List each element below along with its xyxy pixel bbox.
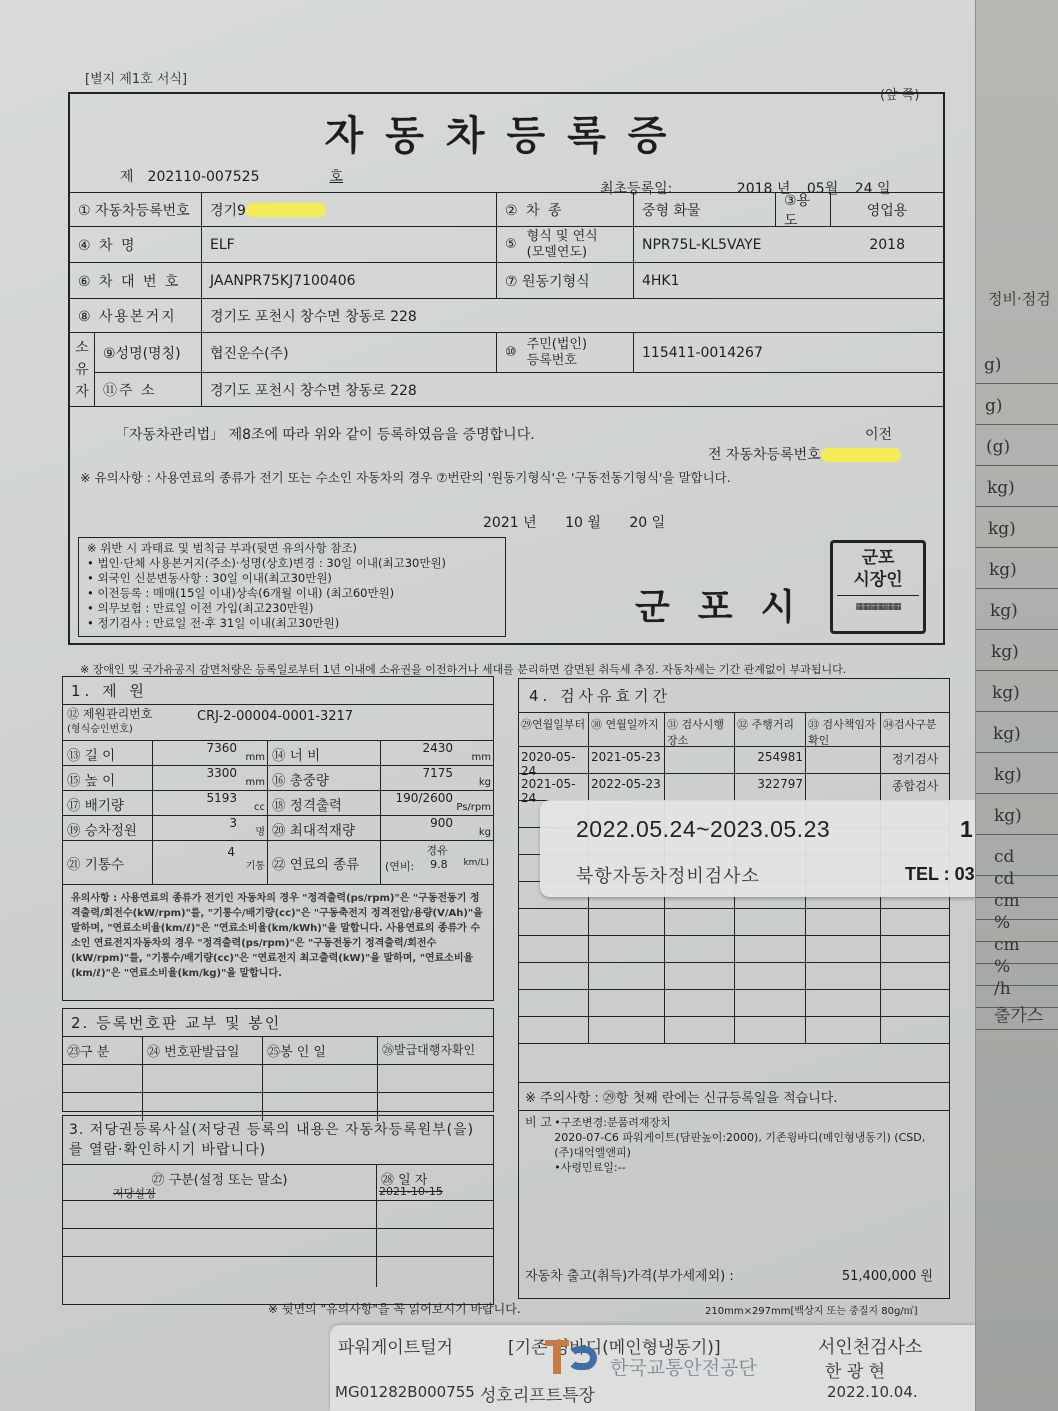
back-unit-label: % (994, 957, 1010, 977)
specs-caution: 유의사항 : 사용연료의 종류가 전기인 자동차의 경우 "정격출력(ps/rp… (63, 885, 493, 987)
back-unit-label: kg) (988, 519, 1016, 539)
back-unit-label: g) (985, 396, 1003, 416)
main-registration-box: 자동차등록증 제202110-007525호 최초등록일: 2018 년 05월… (68, 92, 945, 645)
mortgage-entry-date: 2021-10-15 (379, 1185, 443, 1198)
back-unit-label: kg) (991, 642, 1019, 662)
owner-id-value: 115411-0014267 (634, 333, 943, 372)
document-number: 제202110-007525호 (120, 166, 343, 186)
spec-row: ⑲ 승차정원3명⑳ 최대적재량900kg (63, 816, 493, 841)
inspection-row (519, 909, 949, 936)
inspection-row (519, 1017, 949, 1044)
back-unit-label: kg) (989, 560, 1017, 580)
mortgage-header-date: ㉘ 일 자2021-10-15 (377, 1165, 493, 1200)
certification-statement: 「자동차관리법」 제8조에 따라 위와 같이 등록하였음을 증명합니다. (115, 424, 535, 444)
inspection-caution: ※ 주의사항 : ㉙항 첫째 란에는 신규등록일을 적습니다. (519, 1083, 949, 1111)
inspection-row: 2021-05-242022-05-23322797종합검사 (519, 774, 949, 801)
inspection-remarks-section: ※ 주의사항 : ㉙항 첫째 란에는 신규등록일을 적습니다. 비 고 •구조변… (518, 1083, 950, 1299)
sticker-tel: TEL : 03 (905, 864, 975, 885)
penalty-notice: ※ 위반 시 과태료 및 범칙금 부과(뒷면 유의사항 참조) • 법인·단체 … (78, 537, 506, 637)
back-unit-label: cm (994, 935, 1020, 955)
paper-spec: 210mm×297mm[백상지 또는 중질지 80g/㎡] (705, 1302, 918, 1317)
owner-addr-value: 경기도 포천시 창수면 창동로 228 (202, 373, 943, 406)
spec-row: ⑰ 배기량5193cc⑱ 정격출력190/2600Ps/rpm (63, 791, 493, 816)
vehicle-info-grid: ① 자동차등록번호 경기9 ② 차 종 중형 화물 ③용도 영업용 ④ 차 명 … (70, 192, 943, 407)
redaction-mark (246, 203, 326, 217)
transfer-mark: 이전 (865, 424, 892, 444)
registration-certificate: [별지 제1호 서식] (앞 쪽) 자동차등록증 제202110-007525호… (0, 0, 985, 1411)
back-unit-label: kg) (993, 724, 1021, 744)
change-code: MG01282B000755 (335, 1383, 475, 1401)
factory-price: 자동차 출고(취득)가격(부가세제외) : 51,400,000 원 (525, 1265, 933, 1284)
inspection-title: 4. 검사유효기간 (519, 679, 949, 713)
inspection-center: 서인천검사소 (818, 1333, 922, 1359)
inspection-row (519, 936, 949, 963)
back-unit-label: kg) (992, 683, 1020, 703)
mortgage-entry-type: 저당설정 (113, 1185, 156, 1201)
vehicle-type-value: 중형 화물 (634, 193, 776, 226)
back-unit-label: cd (994, 869, 1014, 889)
inspection-sticker: 2022.05.24~2023.05.23 1 북항자동차정비검사소 TEL :… (540, 800, 985, 897)
engine-label: ⑦ 원동기형식 (497, 263, 634, 298)
type-year-label: ⑤형식 및 연식(모델연도) (497, 227, 634, 262)
issue-date: 2021 년 10 월 20 일 (483, 512, 665, 532)
form-id: [별지 제1호 서식] (85, 68, 187, 87)
specs-section: 1. 제 원 ⑫ 제원관리번호(형식승인번호) CRJ-2-00004-0001… (62, 676, 494, 1001)
fuel-caution: ※ 유의사항 : 사용연료의 종류가 전기 또는 수소인 자동차의 경우 ⑦번란… (80, 468, 731, 486)
structure-change-sticker: 파워게이트털거 [기존 윙바디(메인형냉동기)] 한국교통안전공단 서인천검사소… (330, 1325, 985, 1411)
plates-header: ㉓구 분 (63, 1037, 143, 1064)
back-unit-label: kg) (987, 478, 1015, 498)
back-unit-label: kg) (990, 601, 1018, 621)
back-unit-label: kg) (994, 806, 1022, 826)
usage-label: ③용도 (776, 193, 831, 226)
inspection-row (519, 963, 949, 990)
spec-row: ⑮ 높 이3300mm⑯ 총중량7175kg (63, 766, 493, 791)
remarks: 비 고 •구조변경:분품려재장치 2020-07-C6 파워게이트(담판높이:2… (519, 1111, 949, 1179)
back-unit-label: g) (984, 355, 1002, 375)
plates-header: ㉔ 번호판발급일 (143, 1037, 263, 1064)
back-unit-label: % (994, 913, 1010, 933)
fuel-label: ㉒ 연료의 종류 (268, 841, 381, 884)
usage-value: 영업용 (831, 193, 943, 226)
owner-addr-label: ⑪주 소 (95, 373, 202, 406)
sticker-period: 2022.05.24~2023.05.23 (576, 816, 830, 843)
change-item: 파워게이트털거 (338, 1333, 453, 1358)
vin-label: ⑥ 차 대 번 호 (70, 263, 202, 298)
agency-name: 한국교통안전공단 (610, 1353, 757, 1380)
inspector-name: 한 광 현 (825, 1357, 885, 1382)
redaction-mark (821, 448, 901, 462)
owner-group-label: 소유자 (70, 333, 95, 406)
inspection-header: ㉙연월일부터 ㉚ 연월일까지 ㉛ 검사시행장소 ㉜ 주행거리 ㉝ 검사책임자확인… (519, 713, 949, 747)
vin-value: JAANPR75KJ7100406 (202, 263, 497, 298)
reg-no-value: 경기9 (202, 193, 497, 226)
owner-name-value: 협진운수(주) (202, 333, 497, 372)
reg-no-label: ① 자동차등록번호 (70, 193, 202, 226)
mortgage-header-type: ㉗ 구분(설정 또는 말소)저당설정 (63, 1165, 377, 1200)
issuing-authority: 군포시 (635, 579, 823, 630)
base-label: ⑧ 사용본거지 (70, 299, 202, 332)
back-unit-label: cm (994, 891, 1020, 911)
specs-title: 1. 제 원 (63, 677, 493, 705)
back-unit-label: 출가스 (994, 1001, 1043, 1026)
spec-row: ⑬ 길 이7360mm⑭ 너 비2430mm (63, 741, 493, 766)
base-value: 경기도 포천시 창수면 창동로 228 (202, 299, 943, 332)
engine-value: 4HK1 (634, 263, 943, 298)
previous-reg-number: 전 자동차등록번호 (708, 444, 901, 464)
model-name-label: ④ 차 명 (70, 227, 202, 262)
cylinders-label: ㉑ 기통수 (63, 841, 153, 884)
plates-title: 2. 등록번호판 교부 및 봉인 (63, 1009, 493, 1037)
mgmt-no-label: ⑫ 제원관리번호(형식승인번호) (63, 705, 193, 740)
owner-id-label: ⑩주민(법인)등록번호 (497, 333, 634, 372)
inspection-row: 2020-05-242021-05-23254981정기검사 (519, 747, 949, 774)
mortgage-title: 3. 저당권등록사실(저당권 등록의 내용은 자동차등록원부(을)를 열람·확인… (63, 1116, 493, 1165)
document-title: 자동차등록증 (70, 104, 943, 161)
plates-header: ㉖발급대행자확인 (378, 1037, 493, 1064)
owner-name-label: ⑨성명(명칭) (95, 333, 202, 372)
plates-section: 2. 등록번호판 교부 및 봉인 ㉓구 분 ㉔ 번호판발급일 ㉕봉 인 일 ㉖발… (62, 1008, 494, 1112)
back-unit-label: kg) (994, 765, 1022, 785)
underlying-page: 정비·점검 g)g)(g)kg)kg)kg)kg)kg)kg)kg)kg)kg)… (975, 0, 1058, 1411)
mortgage-section: 3. 저당권등록사실(저당권 등록의 내용은 자동차등록원부(을)를 열람·확인… (62, 1115, 494, 1305)
model-name-value: ELF (202, 227, 497, 262)
cylinders-value: 4기통 (153, 841, 268, 884)
type-year-value: NPR75L-KL5VAYE2018 (634, 227, 943, 262)
footer-note: ※ 뒷면의 "유의사항"을 꼭 읽어보시기 바랍니다. (268, 1300, 521, 1317)
ts-logo-icon (545, 1340, 605, 1374)
plates-header: ㉕봉 인 일 (263, 1037, 378, 1064)
back-unit-label: (g) (986, 437, 1010, 457)
change-company: 성호리프트특장 (480, 1381, 595, 1406)
fuel-value: 경유 (연비:9.8km/L) (381, 841, 493, 884)
sticker-cut-text: 1 (960, 816, 973, 843)
official-seal-icon: 군포 시장인 ▦▦▦▦▦▦ (830, 540, 926, 634)
vehicle-type-label: ② 차 종 (497, 193, 634, 226)
back-unit-label: cd (994, 847, 1014, 867)
mgmt-no-value: CRJ-2-00004-0001-3217 (193, 705, 493, 740)
sticker-shop: 북항자동차정비검사소 (576, 862, 760, 888)
back-unit-label: /h (994, 979, 1011, 999)
disabled-tax-note: ※ 장애인 및 국가유공지 감면처량은 등록일로부터 1년 이내에 소유권을 이… (80, 661, 846, 677)
change-date: 2022.10.04. (827, 1383, 918, 1401)
inspection-row (519, 990, 949, 1017)
